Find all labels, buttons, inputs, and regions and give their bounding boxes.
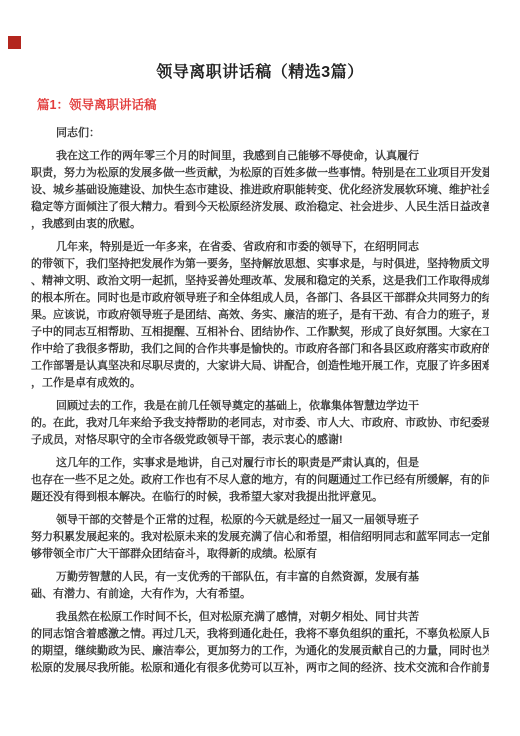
text-line: ，我感到由衷的欣慰。 xyxy=(31,216,489,233)
text-line: ，工作是卓有成效的。 xyxy=(31,375,489,392)
text-line: 我虽然在松原工作时间不长，但对松原充满了感情，对朝夕相处、同甘共苦 xyxy=(31,609,489,626)
text-line: 职责，努力为松原的发展多做一些贡献，为松原的百姓多做一些事情。特别是在工业项目开… xyxy=(31,165,489,182)
text-line: 题还没有得到根本解决。在临行的时候，我希望大家对我提出批评意见。 xyxy=(31,489,489,506)
text-line: 、精神文明、政治文明一起抓，坚持妥善处理改革、发展和稳定的关系，这是我们工作取得… xyxy=(31,273,489,290)
paragraph: 回顾过去的工作，我是在前几任领导奠定的基础上，依靠集体智慧边学边干的。在此，我对… xyxy=(31,392,489,449)
text-line: 的。在此，我对几年来给予我支持帮助的老同志，对市委、市人大、市政府、市政协、市纪… xyxy=(31,415,489,432)
paragraph: 几年来，特别是近一年多来，在省委、省政府和市委的领导下，在绍明同志的带领下，我们… xyxy=(31,233,489,392)
text-line: 作中给了我很多帮助，我们之间的合作共事是愉快的。市政府各部门和各县区政府落实市政… xyxy=(31,341,489,358)
text-line: 础、有潜力、有前途，大有作为，大有希望。 xyxy=(31,586,489,603)
section-heading: 篇1：领导离职讲话稿 xyxy=(37,97,520,113)
article-body: 同志们：我在这工作的两年零三个月的时间里，我感到自己能够不辱使命，认真履行职责，… xyxy=(31,119,489,677)
text-line: 同志们： xyxy=(31,125,489,142)
text-line: 果。应该说，市政府领导班子是团结、高效、务实、廉洁的班子，是有干劲、有合力的班子… xyxy=(31,307,489,324)
text-line: 子中的同志互相帮助、互相提醒、互相补台、团结协作、工作默契，形成了良好氛围。大家… xyxy=(31,324,489,341)
text-line: 万勤劳智慧的人民，有一支优秀的干部队伍，有丰富的自然资源，发展有基 xyxy=(31,569,489,586)
paragraph: 这几年的工作，实事求是地讲，自己对履行市长的职责是严肃认真的，但是也存在一些不足… xyxy=(31,449,489,506)
text-line: 工作部署是认真坚决和尽职尽责的，大家讲大局、讲配合，创造性地开展工作，克服了许多… xyxy=(31,358,489,375)
text-line: 的带领下，我们坚持把发展作为第一要务，坚持解放思想、实事求是，与时俱进，坚持物质… xyxy=(31,256,489,273)
text-line: 够带领全市广大干部群众团结奋斗，取得新的成绩。松原有 xyxy=(31,546,489,563)
text-line: 的同志馆含着感激之情。再过几天，我将到通化赴任，我将不辜负组织的重托，不辜负松原… xyxy=(31,626,489,643)
document-title: 领导离职讲话稿（精选3篇） xyxy=(0,0,520,83)
document-page: 领导离职讲话稿（精选3篇） 篇1：领导离职讲话稿 同志们：我在这工作的两年零三个… xyxy=(0,0,520,736)
text-line: 这几年的工作，实事求是地讲，自己对履行市长的职责是严肃认真的，但是 xyxy=(31,455,489,472)
paragraph: 我在这工作的两年零三个月的时间里，我感到自己能够不辱使命，认真履行职责，努力为松… xyxy=(31,142,489,233)
paragraph: 万勤劳智慧的人民，有一支优秀的干部队伍，有丰富的自然资源，发展有基础、有潜力、有… xyxy=(31,563,489,603)
text-line: 松原的发展尽我所能。松原和通化有很多优势可以互补，两市之间的经济、技术交流和合作… xyxy=(31,660,489,677)
text-line: 子成员，对恪尽职守的全市各级党政领导干部，表示衷心的感谢! xyxy=(31,432,489,449)
red-square-icon xyxy=(8,36,21,49)
text-line: 我在这工作的两年零三个月的时间里，我感到自己能够不辱使命，认真履行 xyxy=(31,148,489,165)
text-line: 稳定等方面倾注了很大精力。看到今天松原经济发展、政治稳定、社会进步、人民生活日益… xyxy=(31,199,489,216)
paragraph: 同志们： xyxy=(31,119,489,142)
text-line: 的期望，继续勤政为民、廉洁奉公，更加努力的工作，为通化的发展贡献自己的力量，同时… xyxy=(31,643,489,660)
text-line: 几年来，特别是近一年多来，在省委、省政府和市委的领导下，在绍明同志 xyxy=(31,239,489,256)
text-line: 努力积累发展起来的。我对松原未来的发展充满了信心和希望，相信绍明同志和蓝军同志一… xyxy=(31,529,489,546)
text-line: 也存在一些不足之处。政府工作也有不尽人意的地方，有的问题通过工作已经有所缓解，有… xyxy=(31,472,489,489)
paragraph: 领导干部的交替是个正常的过程，松原的今天就是经过一届又一届领导班子努力积累发展起… xyxy=(31,506,489,563)
text-line: 回顾过去的工作，我是在前几任领导奠定的基础上，依靠集体智慧边学边干 xyxy=(31,398,489,415)
text-line: 设、城乡基础设施建设、加快生态市建设、推进政府职能转变、优化经济发展软环境、维护… xyxy=(31,182,489,199)
paragraph: 我虽然在松原工作时间不长，但对松原充满了感情，对朝夕相处、同甘共苦的同志馆含着感… xyxy=(31,603,489,677)
text-line: 的根本所在。同时也是市政府领导班子和全体组成人员，各部门、各县区干部群众共同努力… xyxy=(31,290,489,307)
text-line: 领导干部的交替是个正常的过程，松原的今天就是经过一届又一届领导班子 xyxy=(31,512,489,529)
